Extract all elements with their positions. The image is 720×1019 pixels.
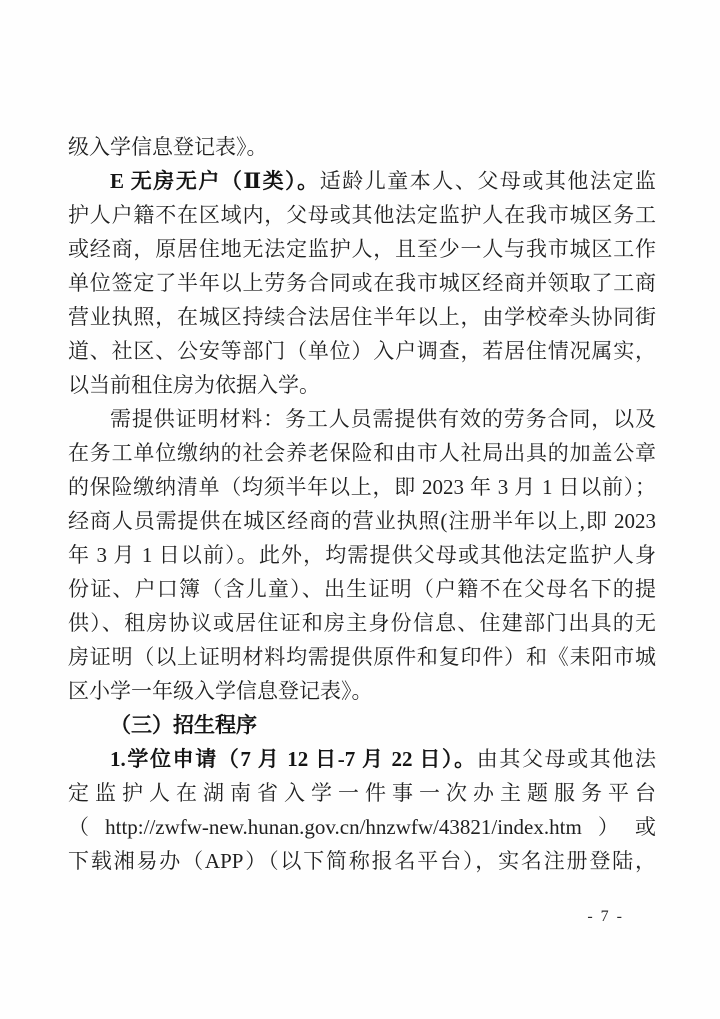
line-text: 供）、租房协议或居住证和房主身份信息、住建部门出具的无 <box>68 611 656 635</box>
text-line: 的保险缴纳清单（均须半年以上，即 2023 年 3 月 1 日以前）； <box>68 470 656 504</box>
document-page: 级入学信息登记表》。E 无房无户（Ⅱ类）。适龄儿童本人、父母或其他法定监护人户籍… <box>0 0 720 1019</box>
text-line: 单位签定了半年以上劳务合同或在我市城区经商并领取了工商 <box>68 266 656 300</box>
line-text: 房证明（以上证明材料均需提供原件和复印件）和《耒阳市城 <box>68 645 656 669</box>
text-line: 在务工单位缴纳的社会养老保险和由市人社局出具的加盖公章 <box>68 436 656 470</box>
line-text: 适龄儿童本人、父母或其他法定监 <box>320 169 656 193</box>
document-body: 级入学信息登记表》。E 无房无户（Ⅱ类）。适龄儿童本人、父母或其他法定监护人户籍… <box>68 130 656 878</box>
text-line: 营业执照，在城区持续合法居住半年以上，由学校牵头协同街 <box>68 300 656 334</box>
line-text: 护人户籍不在区域内，父母或其他法定监护人在我市城区务工 <box>68 203 656 227</box>
text-line: 区小学一年级入学信息登记表》。 <box>68 674 656 708</box>
line-text: 营业执照，在城区持续合法居住半年以上，由学校牵头协同街 <box>68 305 656 329</box>
text-line: 护人户籍不在区域内，父母或其他法定监护人在我市城区务工 <box>68 198 656 232</box>
text-line: 需提供证明材料：务工人员需提供有效的劳务合同，以及 <box>68 402 656 436</box>
text-line: 级入学信息登记表》。 <box>68 130 656 164</box>
bold-lead-text: （三）招生程序 <box>110 713 257 737</box>
text-line: 房证明（以上证明材料均需提供原件和复印件）和《耒阳市城 <box>68 640 656 674</box>
text-line: 经商人员需提供在城区经商的营业执照(注册半年以上,即 2023 <box>68 504 656 538</box>
text-line: 1.学位申请（7 月 12 日-7 月 22 日）。由其父母或其他法 <box>68 742 656 776</box>
line-text: 区小学一年级入学信息登记表》。 <box>68 679 373 703</box>
text-line: 定监护人在湖南省入学一件事一次办主题服务平台 <box>68 776 656 810</box>
line-text: 或经商，原居住地无法定监护人，且至少一人与我市城区工作 <box>68 237 656 261</box>
line-text: 单位签定了半年以上劳务合同或在我市城区经商并领取了工商 <box>68 271 656 295</box>
bold-lead-text: E 无房无户（Ⅱ类）。 <box>110 169 320 193</box>
text-line: 年 3 月 1 日以前）。此外，均需提供父母或其他法定监护人身 <box>68 538 656 572</box>
text-line: 份证、户口簿（含儿童）、出生证明（户籍不在父母名下的提 <box>68 572 656 606</box>
line-text: 下载湘易办（APP）（以下简称报名平台），实名注册登陆， <box>68 849 656 873</box>
page-number: - 7 - <box>587 908 624 926</box>
text-line: 供）、租房协议或居住证和房主身份信息、住建部门出具的无 <box>68 606 656 640</box>
text-line: （三）招生程序 <box>68 708 656 742</box>
text-line: 道、社区、公安等部门（单位）入户调查，若居住情况属实， <box>68 334 656 368</box>
line-text: 由其父母或其他法 <box>477 747 656 771</box>
line-text: 级入学信息登记表》。 <box>68 135 268 159</box>
text-line: （http://zwfw-new.hunan.gov.cn/hnzwfw/438… <box>68 810 656 844</box>
line-text: 需提供证明材料：务工人员需提供有效的劳务合同，以及 <box>110 407 656 431</box>
line-text: 份证、户口簿（含儿童）、出生证明（户籍不在父母名下的提 <box>68 577 656 601</box>
line-text: 道、社区、公安等部门（单位）入户调查，若居住情况属实， <box>68 339 656 363</box>
line-text: 以当前租住房为依据入学。 <box>68 373 320 397</box>
bold-lead-text: 1.学位申请（7 月 12 日-7 月 22 日）。 <box>110 747 477 771</box>
line-text: 年 3 月 1 日以前）。此外，均需提供父母或其他法定监护人身 <box>68 543 656 567</box>
line-text: （http://zwfw-new.hunan.gov.cn/hnzwfw/438… <box>68 815 656 839</box>
text-line: 或经商，原居住地无法定监护人，且至少一人与我市城区工作 <box>68 232 656 266</box>
text-line: 下载湘易办（APP）（以下简称报名平台），实名注册登陆， <box>68 844 656 878</box>
line-text: 在务工单位缴纳的社会养老保险和由市人社局出具的加盖公章 <box>68 441 656 465</box>
line-text: 经商人员需提供在城区经商的营业执照(注册半年以上,即 2023 <box>68 509 656 533</box>
line-text: 的保险缴纳清单（均须半年以上，即 2023 年 3 月 1 日以前）； <box>68 475 656 499</box>
text-line: E 无房无户（Ⅱ类）。适龄儿童本人、父母或其他法定监 <box>68 164 656 198</box>
text-line: 以当前租住房为依据入学。 <box>68 368 656 402</box>
line-text: 定监护人在湖南省入学一件事一次办主题服务平台 <box>68 781 656 805</box>
